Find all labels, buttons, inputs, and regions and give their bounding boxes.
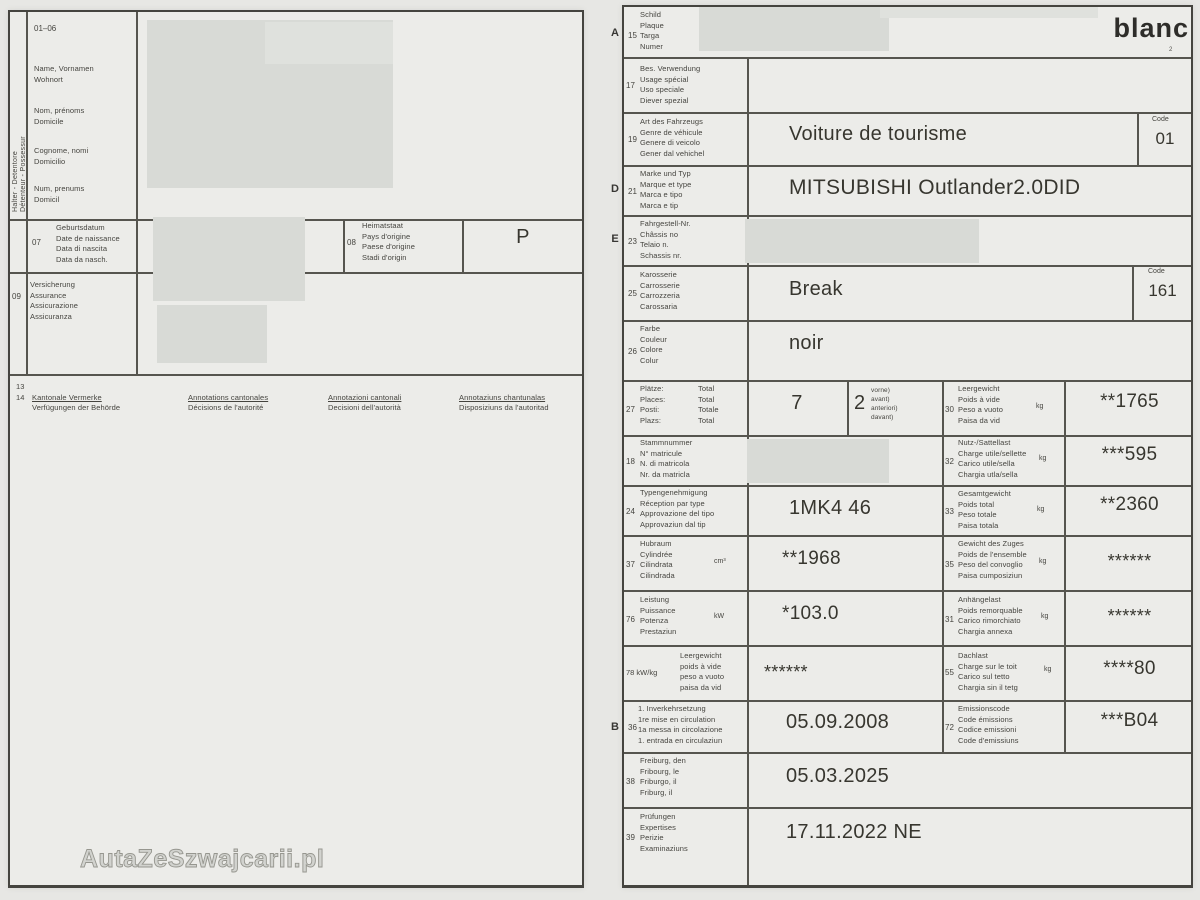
field-31-value: ****** xyxy=(1064,606,1195,627)
field-36-number: 36 xyxy=(628,723,637,732)
divider-line xyxy=(343,219,345,272)
field-25-labels: Karosserie Carrosserie Carrozzeria Caros… xyxy=(640,270,680,312)
section-letter-b: B xyxy=(608,721,622,733)
field-30-number: 30 xyxy=(945,405,954,414)
divider-line xyxy=(624,807,1191,809)
cantonal-column-de: Kantonale Vermerke Verfügungen der Behör… xyxy=(32,382,120,424)
field-23-number: 23 xyxy=(628,237,637,246)
field-31-number: 31 xyxy=(945,615,954,624)
divider-line xyxy=(624,57,1191,59)
cantonal-column-de-subtitle: Verfügungen der Behörde xyxy=(32,403,120,414)
field-24-number: 24 xyxy=(626,507,635,516)
section-letter-d: D xyxy=(608,183,622,195)
field-33-unit: kg xyxy=(1037,506,1044,513)
field-37-number: 37 xyxy=(626,560,635,569)
field-33-labels: Gesamtgewicht Poids total Peso totale Pa… xyxy=(958,489,1011,531)
field-08-labels: Heimatstaat Pays d'origine Paese d'origi… xyxy=(362,221,415,263)
divider-line xyxy=(624,380,1191,382)
field-31-labels: Anhängelast Poids remorquable Carico rim… xyxy=(958,595,1023,637)
field-26-value: noir xyxy=(789,332,824,355)
redaction-holder-name-2 xyxy=(265,22,393,64)
redaction-insurance xyxy=(157,305,267,363)
field-30-value: **1765 xyxy=(1064,391,1195,413)
field-27-front-value: 2 xyxy=(854,392,865,415)
field-21-labels: Marke und Typ Marque et type Marca e tip… xyxy=(640,169,691,211)
field-09-labels: Versicherung Assurance Assicurazione Ass… xyxy=(30,280,78,322)
field-76-number: 76 xyxy=(626,615,635,624)
divider-line xyxy=(624,485,1191,487)
cantonal-column-de-title: Kantonale Vermerke xyxy=(32,393,102,402)
field-27-labels-right: Total Total Totale Total xyxy=(698,384,719,426)
scanned-vehicle-registration-document: { "theme": { "page_bg": "#ecece9", "body… xyxy=(0,0,1200,900)
field-78-labels: Leergewicht poids à vide peso a vuoto pa… xyxy=(680,651,724,693)
field-33-value: **2360 xyxy=(1064,494,1195,516)
field-24-labels: Typengenehmigung Réception par type Appr… xyxy=(640,488,714,530)
field-55-value: ****80 xyxy=(1064,658,1195,680)
field-39-labels: Prüfungen Expertises Perizie Examinaziun… xyxy=(640,812,688,854)
cantonal-column-it-subtitle: Decisioni dell'autorità xyxy=(328,403,401,414)
field-21-number: 21 xyxy=(628,187,637,196)
redaction-plate xyxy=(699,7,889,51)
divider-line xyxy=(624,535,1191,537)
cantonal-column-rm: Annotaziuns chantunalas Disposiziuns da … xyxy=(459,382,549,424)
section-letter-a: A xyxy=(608,27,622,39)
divider-line xyxy=(136,12,138,374)
field-15-number: 15 xyxy=(628,31,637,40)
field-39-value: 17.11.2022 NE xyxy=(786,821,922,844)
holder-vertical-label-outer: Halter - Detentore xyxy=(12,151,19,212)
field-09-number: 09 xyxy=(12,292,21,301)
field-27-labels-left: Plätze: Places: Posti: Plazs: xyxy=(640,384,665,426)
holder-field-range: 01–06 xyxy=(34,24,56,33)
field-32-unit: kg xyxy=(1039,455,1046,462)
field-38-number: 38 xyxy=(626,777,635,786)
field-55-labels: Dachlast Charge sur le toit Carico sul t… xyxy=(958,651,1018,693)
cantonal-column-rm-subtitle: Disposiziuns da l'autoritad xyxy=(459,403,549,414)
field-39-number: 39 xyxy=(626,833,635,842)
right-page: A D E B 15 Schild Plaque Targa Numer bla… xyxy=(622,5,1193,888)
section-letter-e: E xyxy=(608,233,622,245)
field-17-labels: Bes. Verwendung Usage spécial Uso specia… xyxy=(640,64,700,106)
cantonal-column-it-title: Annotazioni cantonali xyxy=(328,393,401,402)
field-38-labels: Freiburg, den Fribourg, le Friburgo, il … xyxy=(640,756,686,798)
field-37-labels: Hubraum Cylindrée Cilindrata Cilindrada xyxy=(640,539,675,581)
field-19-number: 19 xyxy=(628,135,637,144)
field-17-number: 17 xyxy=(626,81,635,90)
field-35-value: ****** xyxy=(1064,551,1195,572)
redaction-chassis xyxy=(745,219,979,263)
field-25-number: 25 xyxy=(628,289,637,298)
field-27-front-note: vorne) avant) anteriori) davant) xyxy=(871,386,898,422)
field-37-value: **1968 xyxy=(782,548,841,570)
field-76-labels: Leistung Puissance Potenza Prestaziun xyxy=(640,595,676,637)
field-19-code-label: Code xyxy=(1152,116,1169,123)
cantonal-column-fr: Annotations cantonales Décisions de l'au… xyxy=(188,382,268,424)
cantonal-column-fr-subtitle: Décisions de l'autorité xyxy=(188,403,268,414)
cantonal-field-numbers: 13 14 xyxy=(16,382,25,403)
field-07-labels: Geburtsdatum Date de naissance Data di n… xyxy=(56,223,120,265)
divider-line xyxy=(624,112,1191,114)
divider-line xyxy=(624,645,1191,647)
field-55-unit: kg xyxy=(1044,666,1051,673)
field-07-number: 07 xyxy=(32,238,41,247)
redaction-serial xyxy=(747,439,889,483)
field-37-unit: cm³ xyxy=(714,558,726,565)
field-25-code-label: Code xyxy=(1148,268,1165,275)
field-78-number: 78 kW/kg xyxy=(626,668,657,677)
field-72-value: ***B04 xyxy=(1064,710,1195,732)
field-25-code-value: 161 xyxy=(1132,281,1193,301)
field-26-number: 26 xyxy=(628,347,637,356)
watermark: AutaZeSzwajcarii.pl xyxy=(80,845,324,874)
divider-line xyxy=(847,380,849,435)
field-08-value: P xyxy=(462,226,584,249)
field-24-value: 1MK4 46 xyxy=(789,497,871,520)
field-72-number: 72 xyxy=(945,723,954,732)
divider-line xyxy=(10,374,582,376)
field-25-value: Break xyxy=(789,278,843,301)
field-19-code-value: 01 xyxy=(1137,129,1193,149)
divider-line xyxy=(624,590,1191,592)
plate-color-note-sub: 2 xyxy=(1169,47,1172,53)
field-55-number: 55 xyxy=(945,668,954,677)
divider-line xyxy=(942,380,944,752)
field-19-labels: Art des Fahrzeugs Genre de véhicule Gene… xyxy=(640,117,704,159)
field-18-labels: Stammnummer N° matricule N. di matricola… xyxy=(640,438,692,480)
field-18-number: 18 xyxy=(626,457,635,466)
field-76-value: *103.0 xyxy=(782,603,839,625)
left-page: Halter - Detentore Détenteur - Possessur… xyxy=(8,10,584,888)
field-76-unit: kW xyxy=(714,613,724,620)
field-30-unit: kg xyxy=(1036,403,1043,410)
holder-label-de: Name, Vornamen Wohnort xyxy=(34,64,94,85)
field-32-labels: Nutz-/Sattellast Charge utile/sellette C… xyxy=(958,438,1026,480)
field-23-labels: Fahrgestell-Nr. Châssis no Telaio n. Sch… xyxy=(640,219,691,261)
divider-line xyxy=(624,215,1191,217)
cantonal-column-it: Annotazioni cantonali Decisioni dell'aut… xyxy=(328,382,401,424)
field-15-labels: Schild Plaque Targa Numer xyxy=(640,10,664,52)
holder-label-rm: Num, prenums Domicil xyxy=(34,184,84,205)
field-30-labels: Leergewicht Poids à vide Peso a vuoto Pa… xyxy=(958,384,1003,426)
field-27-total-value: 7 xyxy=(747,392,847,415)
field-38-value: 05.03.2025 xyxy=(786,765,889,788)
field-35-number: 35 xyxy=(945,560,954,569)
divider-line xyxy=(624,320,1191,322)
redaction-birthdate xyxy=(153,217,305,301)
divider-line xyxy=(624,435,1191,437)
holder-vertical-label-inner: Détenteur - Possessur xyxy=(20,136,27,212)
divider-line xyxy=(624,700,1191,702)
field-21-value: MITSUBISHI Outlander2.0DID xyxy=(789,176,1080,200)
field-27-number: 27 xyxy=(626,405,635,414)
field-78-value: ****** xyxy=(764,662,808,683)
plate-color-note: blanc xyxy=(1044,13,1189,44)
field-32-number: 32 xyxy=(945,457,954,466)
field-32-value: ***595 xyxy=(1064,444,1195,466)
field-35-unit: kg xyxy=(1039,558,1046,565)
cantonal-column-fr-title: Annotations cantonales xyxy=(188,393,268,402)
field-36-labels: 1. Inverkehrsetzung 1re mise en circulat… xyxy=(638,704,723,746)
field-19-value: Voiture de tourisme xyxy=(789,123,967,146)
field-36-value: 05.09.2008 xyxy=(786,711,889,734)
field-35-labels: Gewicht des Zuges Poids de l'ensemble Pe… xyxy=(958,539,1027,581)
field-72-labels: Emissionscode Code émissions Codice emis… xyxy=(958,704,1019,746)
divider-line xyxy=(624,752,1191,754)
cantonal-column-rm-title: Annotaziuns chantunalas xyxy=(459,393,545,402)
field-33-number: 33 xyxy=(945,507,954,516)
holder-label-it: Cognome, nomi Domicilio xyxy=(34,146,88,167)
holder-label-fr: Nom, prénoms Domicile xyxy=(34,106,84,127)
divider-line xyxy=(624,265,1191,267)
field-08-number: 08 xyxy=(347,238,356,247)
field-31-unit: kg xyxy=(1041,613,1048,620)
divider-line xyxy=(624,165,1191,167)
field-26-labels: Farbe Couleur Colore Colur xyxy=(640,324,667,366)
